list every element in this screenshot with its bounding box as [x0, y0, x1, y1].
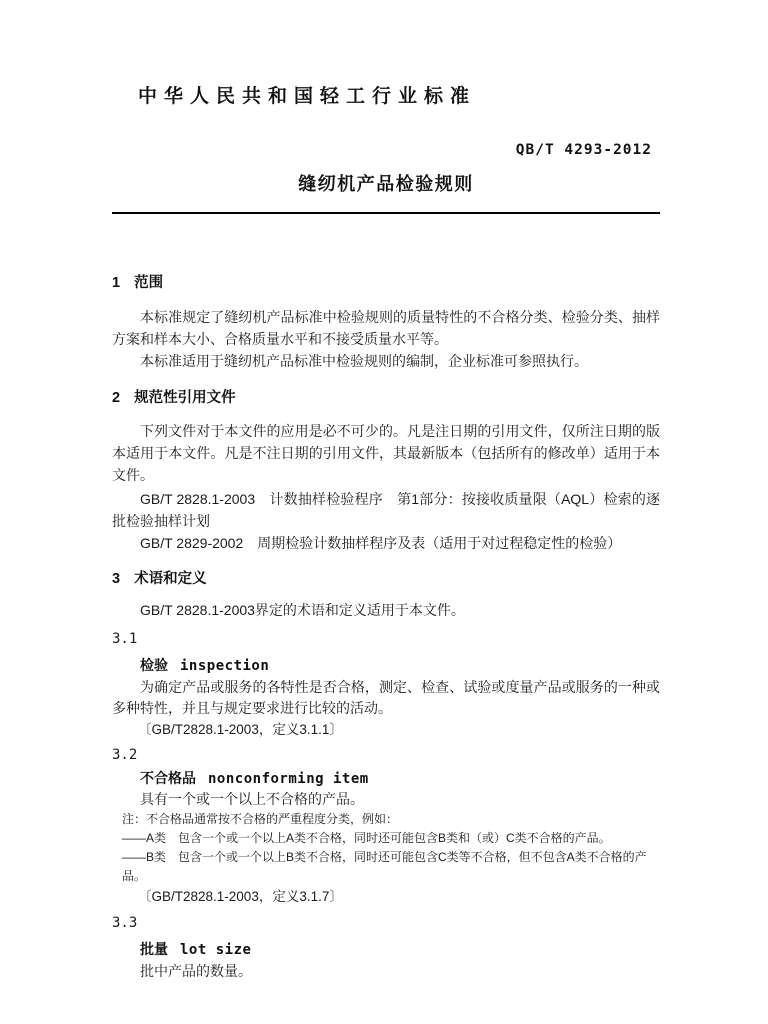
- section-2-number: 2: [112, 390, 120, 406]
- section-3-title: 术语和定义: [134, 571, 207, 587]
- reference-item: GB/T 2829-2002 周期检验计数抽样程序及表（适用于对过程稳定性的检验…: [112, 532, 660, 554]
- document-title: 缝纫机产品检验规则: [112, 173, 660, 195]
- terms-intro-paragraph: GB/T 2828.1-2003界定的术语和定义适用于本文件。: [112, 599, 660, 621]
- term-line-3-1: 检验inspection: [112, 655, 660, 676]
- standard-number: QB/T 4293-2012: [112, 140, 660, 160]
- term-definition-3-2: 具有一个或一个以上不合格的产品。: [112, 789, 660, 810]
- standard-category-header: 中华人民共和国轻工行业标准: [138, 86, 660, 108]
- normative-refs-paragraph: 下列文件对于本文件的应用是必不可少的。凡是注日期的引用文件，仅所注日期的版本适用…: [112, 420, 660, 486]
- section-3-heading: 3术语和定义: [112, 569, 660, 589]
- reference-item: GB/T 2828.1-2003 计数抽样检验程序 第1部分：按接收质量限（AQ…: [112, 488, 660, 532]
- section-1-number: 1: [112, 275, 120, 291]
- term-name-en: inspection: [180, 658, 269, 674]
- term-line-3-2: 不合格品nonconforming item: [112, 768, 660, 789]
- term-name-en: lot size: [180, 942, 251, 958]
- term-source-3-1: 〔GB/T2828.1-2003，定义3.1.1〕: [112, 719, 660, 740]
- term-definition-3-1: 为确定产品或服务的各特性是否合格，测定、检查、试验或度量产品或服务的一种或多种特…: [112, 677, 660, 719]
- term-note-item: ——B类 包含一个或一个以上B类不合格，同时还可能包含C类等不合格，但不包含A类…: [122, 848, 660, 886]
- header-divider: [112, 212, 660, 214]
- document-content: 中华人民共和国轻工行业标准 QB/T 4293-2012 缝纫机产品检验规则 1…: [112, 0, 660, 982]
- term-source-3-2: 〔GB/T2828.1-2003，定义3.1.7〕: [112, 886, 660, 907]
- section-1-heading: 1范围: [112, 273, 660, 293]
- section-2-title: 规范性引用文件: [134, 390, 236, 406]
- term-line-3-3: 批量lot size: [112, 939, 660, 960]
- term-name-zh: 批量: [140, 941, 168, 957]
- term-name-zh: 检验: [140, 657, 168, 673]
- section-3-number: 3: [112, 571, 120, 587]
- term-note-item: ——A类 包含一个或一个以上A类不合格，同时还可能包含B类和（或）C类不合格的产…: [122, 829, 660, 848]
- scope-paragraph-2: 本标准适用于缝纫机产品标准中检验规则的编制，企业标准可参照执行。: [112, 350, 660, 372]
- term-note-3-2: 注：不合格品通常按不合格的严重程度分类，例如：: [122, 810, 660, 829]
- document-page: 中华人民共和国轻工行业标准 QB/T 4293-2012 缝纫机产品检验规则 1…: [0, 0, 768, 1024]
- term-number-3-2: 3.2: [112, 745, 660, 765]
- term-number-3-1: 3.1: [112, 629, 660, 649]
- term-name-zh: 不合格品: [140, 770, 196, 786]
- term-definition-3-3: 批中产品的数量。: [112, 960, 660, 982]
- scope-paragraph-1: 本标准规定了缝纫机产品标准中检验规则的质量特性的不合格分类、检验分类、抽样方案和…: [112, 306, 660, 350]
- section-2-heading: 2规范性引用文件: [112, 388, 660, 408]
- term-name-en: nonconforming item: [208, 771, 369, 787]
- section-1-title: 范围: [134, 275, 163, 291]
- term-number-3-3: 3.3: [112, 913, 660, 933]
